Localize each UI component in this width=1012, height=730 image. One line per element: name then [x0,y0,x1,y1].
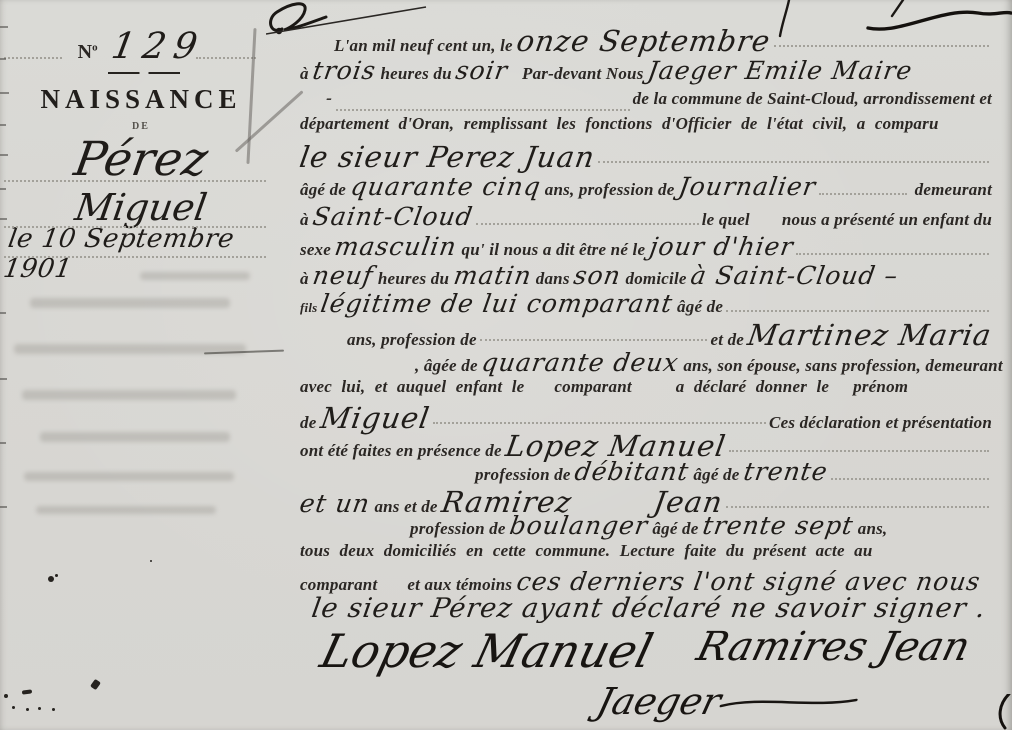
act-number-value: 129 [108,26,208,67]
handwritten-entry-mother-age: quarante deux [480,348,681,377]
dotted-fill-line [433,420,766,424]
dotted-fill-line [476,221,699,225]
printed-text: a déclaré donner le [676,377,829,397]
printed-text: ans, profession de [540,180,679,200]
printed-text: et de [710,330,748,350]
line-mother-age: , âgée de quarante deux ans, son épouse,… [300,348,992,378]
line-declarant-name: le sieur Perez Juan [300,140,992,170]
handwritten-entry-cannot-sign: le sieur Pérez ayant déclaré ne savoir s… [310,593,989,624]
handwritten-entry-mother-name: Martinez Maria [746,318,995,352]
ink-speck [26,708,29,711]
margin-column: No129 NAISSANCE DE Pérez Miguel le 10 Se… [0,0,282,730]
scan-edge-artifact [0,218,7,220]
ink-speck [55,574,58,577]
printed-text: comparant [300,575,377,595]
scan-edge-artifact [0,312,6,314]
printed-text: nous a présenté un enfant du [782,210,992,230]
handwritten-entry-signed-statement: ces derniers l'ont signé avec nous [514,567,982,596]
line-child-sex-birthdate: sexe masculin qu' il nous a dit être né … [300,232,992,262]
corner-pen-mark [994,694,1012,730]
margin-given-name: Miguel [0,186,285,229]
act-number-underline [108,72,180,74]
bleed-through-smudge [40,432,230,442]
handwritten-entry-profession: Journalier [677,172,818,201]
dotted-fill-line [726,504,989,508]
birth-certificate-document: No129 NAISSANCE DE Pérez Miguel le 10 Se… [0,0,1012,730]
handwritten-tick: - [324,88,334,109]
dotted-fill-line [598,159,989,163]
handwritten-entry-birthday: jour d'hier [647,232,795,261]
bleed-through-smudge [36,506,216,514]
dotted-fill-line [796,251,989,255]
act-number: No129 [0,26,282,67]
ink-speck [150,560,152,562]
scan-edge-artifact [0,506,7,508]
handwritten-entry-declarant: le sieur Perez Juan [297,140,597,174]
printed-text: ans, profession de [347,330,477,350]
margin-dotted-rule [4,226,266,228]
ink-speck [38,707,41,710]
handwritten-entry-profession: boulanger [508,511,650,540]
printed-text: heures du [373,269,453,289]
line-declarant-age-profession: âgé de quarante cinq ans, profession de … [300,172,992,202]
printed-text: tous deux domiciliés en cette commune. L… [300,541,873,561]
printed-text: domicile [621,269,691,289]
printed-text: qu' il nous a dit être né le [457,240,650,260]
handwritten-entry-profession: débitant [573,457,691,486]
printed-text: âgé de [689,465,744,485]
handwritten-entry-age: trente sept [701,511,856,540]
handwritten-entry-hour: trois [311,56,378,85]
handwritten-entry-hour: neuf [311,261,376,290]
scan-edge-artifact [0,378,7,380]
handwritten-entry-period: matin [451,261,533,290]
margin-dotted-rule [4,57,62,59]
line-witness1-profession: profession de débitant âgé de trente [300,457,992,487]
witness1-signature: Lopez Manuel [315,624,658,678]
handwritten-entry-period: soir [454,56,510,85]
scan-edge-artifact [0,92,9,94]
printed-text: de la commune de Saint-Cloud, arrondisse… [633,89,992,109]
bleed-through-smudge [140,272,250,280]
printed-text: profession de [410,519,510,539]
bleed-through-smudge [24,472,234,481]
handwritten-entry-sex: masculin [333,232,459,261]
handwritten-entry-officer-name: Jaeger Emile Maire [646,56,915,85]
dotted-fill-line [831,476,989,480]
act-number-superscript: o [92,41,98,53]
printed-text: heures du [376,64,456,84]
act-title: NAISSANCE [0,84,282,115]
handwritten-entry-age: trente [742,457,830,486]
printed-text: avec lui, et auquel enfant le [300,377,524,397]
scan-edge-artifact [0,188,6,190]
line-witness1-name: ont été faites en présence de Lopez Manu… [300,429,992,459]
officer-signature: Jaeger [593,680,866,723]
scan-edge-artifact [0,124,6,126]
line-cannot-sign: le sieur Pérez ayant déclaré ne savoir s… [300,593,992,623]
printed-text: sexe [300,240,335,260]
dotted-fill-line [726,308,989,312]
line-filiation: fils légitime de lui comparant âgé de [300,289,992,319]
handwritten-entry-filiation: légitime de lui comparant [319,289,675,318]
handwritten-entry-birthplace: à Saint-Cloud – [689,261,901,290]
handwritten-entry-possessive: son [572,261,624,290]
dotted-fill-line [480,337,708,341]
margin-dotted-rule [196,57,256,59]
printed-text: ans, son épouse, sans profession, demeur… [679,356,1003,376]
bleed-through-smudge [30,298,230,308]
printed-text: ans, [853,519,887,539]
printed-text: âgé de [648,519,703,539]
witness2-signature: Ramires Jean [692,624,974,670]
officer-signature-text: Jaeger [593,680,726,723]
scan-edge-artifact [0,154,8,156]
officer-signature-flourish [718,693,862,711]
ink-speck [12,706,15,709]
top-right-pen-strokes [742,0,1012,42]
printed-text: fils [300,300,321,316]
printed-text: âgé de [300,180,351,200]
bleed-through-smudge [22,390,236,400]
line-declarant-residence: à Saint-Cloud le quel nous a présenté un… [300,202,992,232]
printed-text: Par-devant Nous [522,64,648,84]
printed-text: département d'Oran, remplissant les fonc… [300,114,939,134]
line-birth-time-place: à neuf heures du matin dans son domicile… [300,261,992,291]
margin-dotted-rule [4,180,266,182]
printed-text: dans [531,269,574,289]
printed-text: âgé de [673,297,724,317]
ink-speck [52,708,55,711]
margin-surname: Pérez [0,132,286,187]
ink-speck [48,576,54,582]
handwritten-entry-date: onze Septembre [515,24,774,58]
handwritten-entry-age: quarante cinq [348,172,542,201]
printed-text: le quel [702,210,750,230]
line-mother-name: ans, profession de et de Martinez Maria [300,318,992,348]
printed-text: et aux témoins [407,575,516,595]
line-child-firstname: de Miguel Ces déclaration et présentatio… [300,401,992,431]
line-time-officer: à trois heures du soir Par-devant Nous J… [300,56,992,86]
dotted-fill-line [729,448,989,452]
act-subtitle: DE [0,121,282,132]
dotted-fill-line [819,191,907,195]
printed-text: profession de [475,465,575,485]
printed-text: comparant [554,377,631,397]
act-number-label: No [78,41,98,63]
printed-text: demeurant [910,180,992,200]
scan-edge-artifact [0,26,8,28]
ink-speck [4,694,8,698]
top-left-pen-scribble [266,0,466,36]
margin-dotted-rule [4,256,266,258]
dotted-fill-line [774,43,989,47]
line-witness2-profession: profession de boulanger âgé de trente se… [300,511,992,541]
printed-text: , âgée de [415,356,482,376]
printed-text: L'an mil neuf cent un, le [334,36,517,56]
scan-edge-artifact [0,58,6,60]
scan-edge-artifact [0,442,6,444]
dotted-fill-line [336,107,630,111]
handwritten-entry-residence: Saint-Cloud [311,202,475,231]
printed-text: prénom [853,377,908,397]
